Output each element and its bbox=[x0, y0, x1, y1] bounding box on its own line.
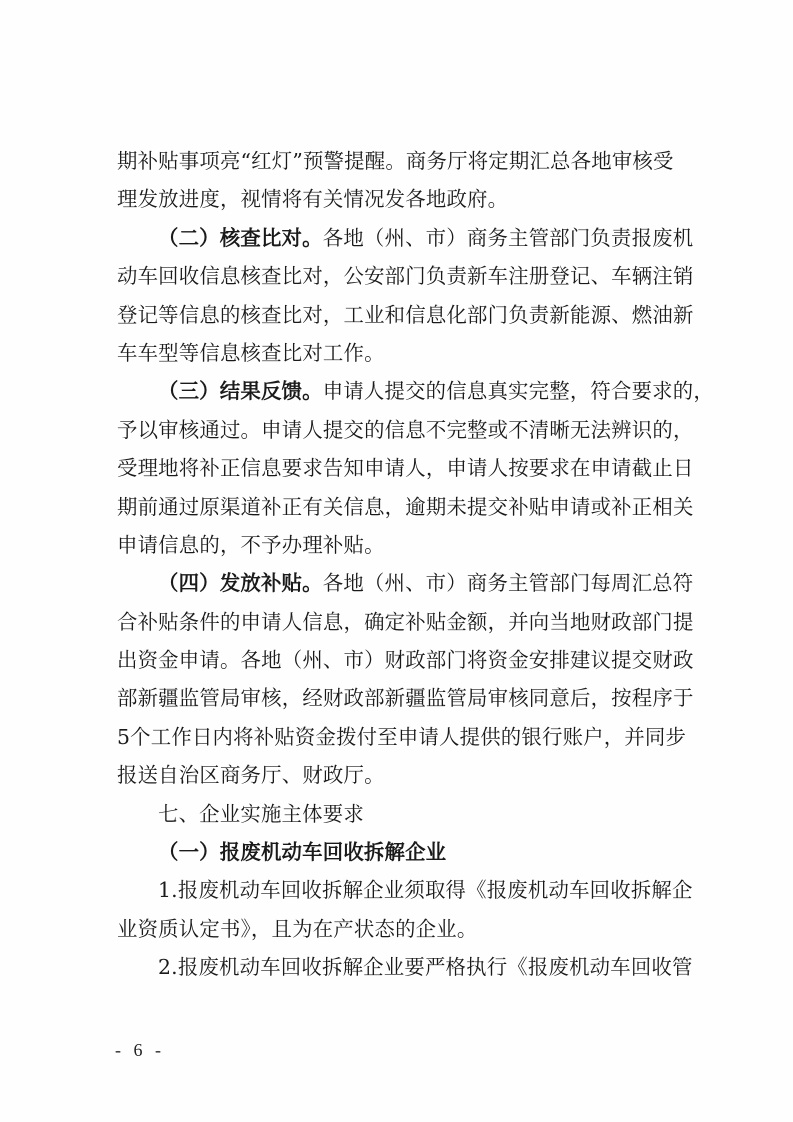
subsection-heading-dismantling-enterprise: （一）报废机动车回收拆解企业 bbox=[117, 833, 697, 871]
line-text: 车车型等信息核查比对工作。 bbox=[117, 341, 385, 365]
line-text: 申请信息的，不予办理补贴。 bbox=[117, 533, 385, 557]
page-number: - 6 - bbox=[115, 1040, 165, 1061]
line-text: 2.报废机动车回收拆解企业要严格执行《报废机动车回收管 bbox=[158, 955, 693, 979]
line-text: 各地（州、市）商务主管部门每周汇总符 bbox=[323, 571, 694, 595]
section-issue-subsidy: （四）发放补贴。各地（州、市）商务主管部门每周汇总符 bbox=[117, 564, 697, 602]
paragraph-line: 期前通过原渠道补正有关信息，逾期未提交补贴申请或补正相关 bbox=[117, 488, 697, 526]
paragraph-line: 理发放进度，视情将有关情况发各地政府。 bbox=[117, 180, 697, 218]
list-item-1: 1.报废机动车回收拆解企业须取得《报废机动车回收拆解企 bbox=[117, 871, 697, 909]
paragraph-line: 报送自治区商务厅、财政厅。 bbox=[117, 756, 697, 794]
section-heading-enterprise-requirements: 七、企业实施主体要求 bbox=[117, 795, 697, 833]
line-text: 1.报废机动车回收拆解企业须取得《报废机动车回收拆解企 bbox=[158, 878, 693, 902]
line-text: 报送自治区商务厅、财政厅。 bbox=[117, 763, 385, 787]
paragraph-line: 动车回收信息核查比对，公安部门负责新车注册登记、车辆注销 bbox=[117, 257, 697, 295]
line-text: 5个工作日内将补贴资金拨付至申请人提供的银行账户，并同步 bbox=[117, 725, 686, 749]
paragraph-line: 登记等信息的核查比对，工业和信息化部门负责新能源、燃油新 bbox=[117, 296, 697, 334]
section-check-compare: （二）核查比对。各地（州、市）商务主管部门负责报废机 bbox=[117, 219, 697, 257]
list-item-2: 2.报废机动车回收拆解企业要严格执行《报废机动车回收管 bbox=[117, 948, 697, 986]
paragraph-line: 部新疆监管局审核，经财政部新疆监管局审核同意后，按程序于 bbox=[117, 679, 697, 717]
line-text: 登记等信息的核查比对，工业和信息化部门负责新能源、燃油新 bbox=[117, 303, 694, 327]
heading-text: 七、企业实施主体要求 bbox=[158, 802, 364, 826]
paragraph-line: 出资金申请。各地（州、市）财政部门将资金安排建议提交财政 bbox=[117, 641, 697, 679]
line-text: 业资质认定书》，且为在产状态的企业。 bbox=[117, 917, 477, 941]
line-text: 动车回收信息核查比对，公安部门负责新车注册登记、车辆注销 bbox=[117, 264, 694, 288]
line-text: 出资金申请。各地（州、市）财政部门将资金安排建议提交财政 bbox=[117, 648, 694, 672]
paragraph-line: 受理地将补正信息要求告知申请人，申请人按要求在申请截止日 bbox=[117, 449, 697, 487]
section-result-feedback: （三）结果反馈。申请人提交的信息真实完整，符合要求的， bbox=[117, 372, 697, 410]
paragraph-line: 车车型等信息核查比对工作。 bbox=[117, 334, 697, 372]
line-text: 受理地将补正信息要求告知申请人，申请人按要求在申请截止日 bbox=[117, 456, 694, 480]
document-page: 期补贴事项亮“红灯”预警提醒。商务厅将定期汇总各地审核受 理发放进度，视情将有关… bbox=[0, 0, 793, 1122]
line-text: 予以审核通过。申请人提交的信息不完整或不清晰无法辨识的， bbox=[117, 418, 694, 442]
body-text: 期补贴事项亮“红灯”预警提醒。商务厅将定期汇总各地审核受 理发放进度，视情将有关… bbox=[117, 142, 697, 987]
section-lead-issue-subsidy: （四）发放补贴。 bbox=[158, 571, 323, 595]
subheading-text: （一）报废机动车回收拆解企业 bbox=[158, 840, 446, 864]
paragraph-line: 予以审核通过。申请人提交的信息不完整或不清晰无法辨识的， bbox=[117, 411, 697, 449]
line-text: 期补贴事项亮“红灯”预警提醒。商务厅将定期汇总各地审核受 bbox=[117, 149, 674, 173]
paragraph-line: 期补贴事项亮“红灯”预警提醒。商务厅将定期汇总各地审核受 bbox=[117, 142, 697, 180]
line-text: 部新疆监管局审核，经财政部新疆监管局审核同意后，按程序于 bbox=[117, 686, 694, 710]
section-lead-result-feedback: （三）结果反馈。 bbox=[158, 379, 323, 403]
line-text: 各地（州、市）商务主管部门负责报废机 bbox=[323, 226, 694, 250]
line-text: 合补贴条件的申请人信息，确定补贴金额，并向当地财政部门提 bbox=[117, 610, 694, 634]
line-text: 理发放进度，视情将有关情况发各地政府。 bbox=[117, 187, 508, 211]
line-text: 期前通过原渠道补正有关信息，逾期未提交补贴申请或补正相关 bbox=[117, 495, 694, 519]
line-text: 申请人提交的信息真实完整，符合要求的， bbox=[323, 379, 714, 403]
paragraph-line: 5个工作日内将补贴资金拨付至申请人提供的银行账户，并同步 bbox=[117, 718, 697, 756]
paragraph-line: 业资质认定书》，且为在产状态的企业。 bbox=[117, 910, 697, 948]
paragraph-line: 合补贴条件的申请人信息，确定补贴金额，并向当地财政部门提 bbox=[117, 603, 697, 641]
section-lead-check-compare: （二）核查比对。 bbox=[158, 226, 323, 250]
paragraph-line: 申请信息的，不予办理补贴。 bbox=[117, 526, 697, 564]
